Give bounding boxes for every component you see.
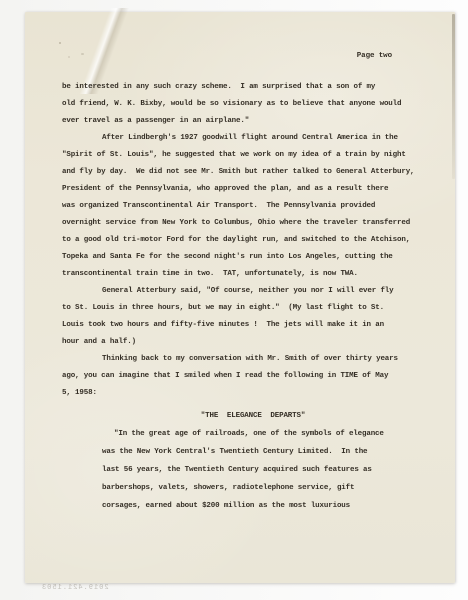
text-line: overnight service from New York to Colum… [62,215,444,232]
text-line: General Atterbury said, "Of course, neit… [62,283,444,300]
text-line: was organized Transcontinental Air Trans… [62,198,444,215]
text-line: ago, you can imagine that I smiled when … [62,368,444,385]
text-line: "Spirit of St. Louis", he suggested that… [62,147,444,164]
text-line: to St. Louis in three hours, but we may … [62,300,444,317]
text-line: was the New York Central's Twentieth Cen… [102,443,432,461]
text-line: 5, 1958: [62,385,444,402]
paper-speck [68,56,70,58]
text-line: "THE ELEGANCE DEPARTS" [62,408,444,425]
paper-edge [452,14,455,179]
letter-body: be interested in any such crazy scheme. … [62,79,444,515]
paragraph: Thinking back to my conversation with Mr… [62,351,444,402]
paper-speck [59,42,61,44]
text-line: old friend, W. K. Bixby, would be so vis… [62,96,444,113]
text-line: ever travel as a passenger in an airplan… [62,113,444,130]
text-line: "In the great age of railroads, one of t… [102,425,432,443]
letter-page: Page two be interested in any such crazy… [25,12,455,583]
paragraph: After Lindbergh's 1927 goodwill flight a… [62,130,444,283]
page-number-label: Page two [357,52,392,60]
text-line: corsages, earned about $200 million as t… [102,497,432,515]
text-line: After Lindbergh's 1927 goodwill flight a… [62,130,444,147]
text-line: Topeka and Santa Fe for the second night… [62,249,444,266]
text-line: and fly by day. We did not see Mr. Smith… [62,164,444,181]
text-line: Thinking back to my conversation with Mr… [62,351,444,368]
paragraph: General Atterbury said, "Of course, neit… [62,283,444,351]
text-line: Louis took two hours and fifty-five minu… [62,317,444,334]
text-line: to a good old tri-motor Ford for the day… [62,232,444,249]
section-heading: "THE ELEGANCE DEPARTS" [62,408,444,425]
block-quote: "In the great age of railroads, one of t… [102,425,432,515]
text-line: transcontinental train time in two. TAT,… [62,266,444,283]
paragraph: be interested in any such crazy scheme. … [62,79,444,130]
text-line: barbershops, valets, showers, radiotelep… [102,479,432,497]
pencil-accession-inscription: 2019.421.1503 [41,584,109,592]
text-line: President of the Pennsylvania, who appro… [62,181,444,198]
text-line: be interested in any such crazy scheme. … [62,79,444,96]
paper-speck [81,53,84,55]
text-line: hour and a half.) [62,334,444,351]
text-line: last 56 years, the Twentieth Century acq… [102,461,432,479]
